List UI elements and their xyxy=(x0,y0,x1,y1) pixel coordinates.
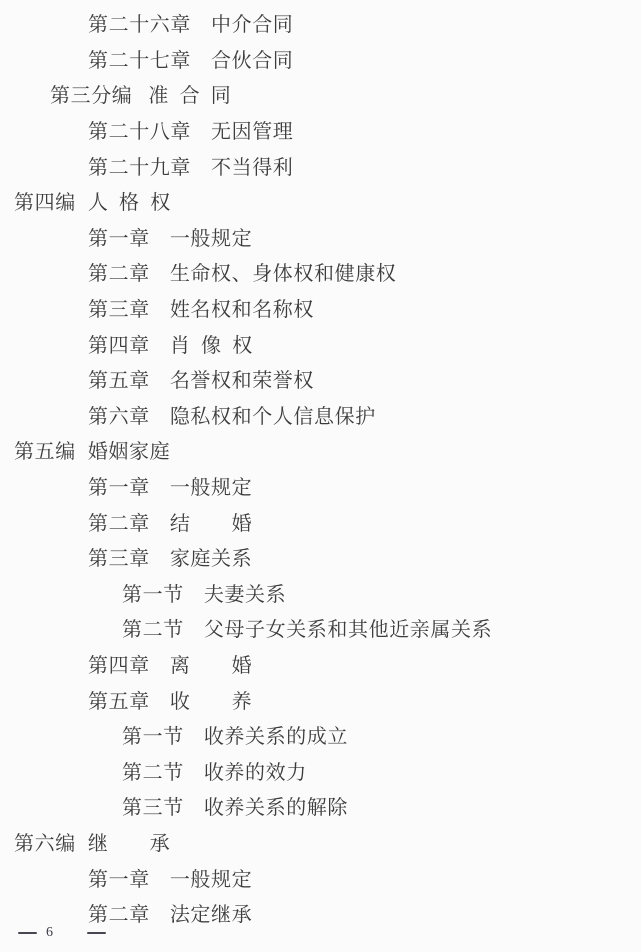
toc-line: 第五章名誉权和荣誉权 xyxy=(0,361,641,397)
toc-title: 肖 像 权 xyxy=(170,329,253,358)
toc-ordinal: 第一章 xyxy=(88,471,150,500)
toc-ordinal: 第五编 xyxy=(14,435,76,464)
toc-title: 隐私权和个人信息保护 xyxy=(170,400,376,429)
toc-ordinal: 第四章 xyxy=(88,649,150,678)
toc-ordinal: 第四编 xyxy=(14,186,76,215)
toc-ordinal: 第一节 xyxy=(122,578,184,607)
toc-line: 第三章姓名权和名称权 xyxy=(0,290,641,326)
toc-line: 第一节收养关系的成立 xyxy=(0,717,641,753)
toc-title: 人 格 权 xyxy=(88,186,171,215)
toc-title: 继 承 xyxy=(88,827,170,856)
toc-title: 收养关系的解除 xyxy=(204,791,348,820)
toc-title: 无因管理 xyxy=(211,115,293,144)
toc-ordinal: 第一章 xyxy=(88,222,150,251)
toc-line: 第三分编准 合 同 xyxy=(0,76,641,112)
toc-ordinal: 第二章 xyxy=(88,507,150,536)
toc-title: 收 养 xyxy=(170,685,252,714)
toc-title: 姓名权和名称权 xyxy=(170,293,314,322)
toc-line: 第三节收养关系的解除 xyxy=(0,788,641,824)
toc-title: 准 合 同 xyxy=(148,79,231,108)
toc-page: 第二十六章中介合同第二十七章合伙合同第三分编准 合 同第二十八章无因管理第二十九… xyxy=(0,0,641,952)
page-footer: 6 xyxy=(18,925,106,941)
toc-title: 收养关系的成立 xyxy=(204,720,348,749)
toc-line: 第二十九章不当得利 xyxy=(0,147,641,183)
toc-line: 第二节收养的效力 xyxy=(0,752,641,788)
toc-line: 第四章离 婚 xyxy=(0,646,641,682)
toc-line: 第二节父母子女关系和其他近亲属关系 xyxy=(0,610,641,646)
toc-title: 收养的效力 xyxy=(204,756,307,785)
toc-ordinal: 第三节 xyxy=(122,791,184,820)
toc-title: 一般规定 xyxy=(170,471,252,500)
toc-ordinal: 第六章 xyxy=(88,400,150,429)
toc-line: 第六章隐私权和个人信息保护 xyxy=(0,397,641,433)
toc-ordinal: 第一章 xyxy=(88,863,150,892)
toc-ordinal: 第三章 xyxy=(88,293,150,322)
toc-line: 第二章生命权、身体权和健康权 xyxy=(0,254,641,290)
toc-line: 第二十八章无因管理 xyxy=(0,112,641,148)
toc-ordinal: 第三分编 xyxy=(50,79,132,108)
toc-title: 不当得利 xyxy=(211,151,293,180)
toc-ordinal: 第二节 xyxy=(122,756,184,785)
footer-dash-right-icon xyxy=(87,932,106,935)
toc-ordinal: 第三章 xyxy=(88,542,150,571)
toc-ordinal: 第二节 xyxy=(122,613,184,642)
toc-line: 第二十七章合伙合同 xyxy=(0,41,641,77)
toc-title: 生命权、身体权和健康权 xyxy=(170,257,397,286)
toc-title: 父母子女关系和其他近亲属关系 xyxy=(204,613,492,642)
toc-ordinal: 第二十八章 xyxy=(88,115,191,144)
toc-title: 婚姻家庭 xyxy=(88,435,170,464)
toc-line: 第一节夫妻关系 xyxy=(0,575,641,611)
toc-ordinal: 第二章 xyxy=(88,898,150,927)
toc-ordinal: 第一节 xyxy=(122,720,184,749)
toc-title: 法定继承 xyxy=(170,898,252,927)
toc-title: 结 婚 xyxy=(170,507,252,536)
toc-ordinal: 第二章 xyxy=(88,257,150,286)
toc-ordinal: 第六编 xyxy=(14,827,76,856)
toc-line: 第一章一般规定 xyxy=(0,468,641,504)
toc-line: 第一章一般规定 xyxy=(0,219,641,255)
footer-dash-left-icon xyxy=(18,932,37,935)
toc-title: 夫妻关系 xyxy=(204,578,286,607)
page-number: 6 xyxy=(46,926,53,940)
toc-line: 第一章一般规定 xyxy=(0,859,641,895)
toc-ordinal: 第二十九章 xyxy=(88,151,191,180)
toc-title: 家庭关系 xyxy=(170,542,252,571)
toc-line: 第二章结 婚 xyxy=(0,503,641,539)
toc-title: 一般规定 xyxy=(170,222,252,251)
toc-ordinal: 第二十七章 xyxy=(88,44,191,73)
toc-list: 第二十六章中介合同第二十七章合伙合同第三分编准 合 同第二十八章无因管理第二十九… xyxy=(0,0,641,930)
toc-title: 名誉权和荣誉权 xyxy=(170,364,314,393)
toc-ordinal: 第四章 xyxy=(88,329,150,358)
toc-ordinal: 第五章 xyxy=(88,685,150,714)
toc-title: 一般规定 xyxy=(170,863,252,892)
toc-line: 第三章家庭关系 xyxy=(0,539,641,575)
toc-line: 第五编婚姻家庭 xyxy=(0,432,641,468)
toc-line: 第五章收 养 xyxy=(0,681,641,717)
toc-line: 第四编人 格 权 xyxy=(0,183,641,219)
toc-ordinal: 第二十六章 xyxy=(88,8,191,37)
toc-line: 第六编继 承 xyxy=(0,824,641,860)
toc-title: 合伙合同 xyxy=(211,44,293,73)
toc-line: 第二十六章中介合同 xyxy=(0,5,641,41)
toc-title: 离 婚 xyxy=(170,649,252,678)
toc-title: 中介合同 xyxy=(211,8,293,37)
toc-ordinal: 第五章 xyxy=(88,364,150,393)
toc-line: 第四章肖 像 权 xyxy=(0,325,641,361)
